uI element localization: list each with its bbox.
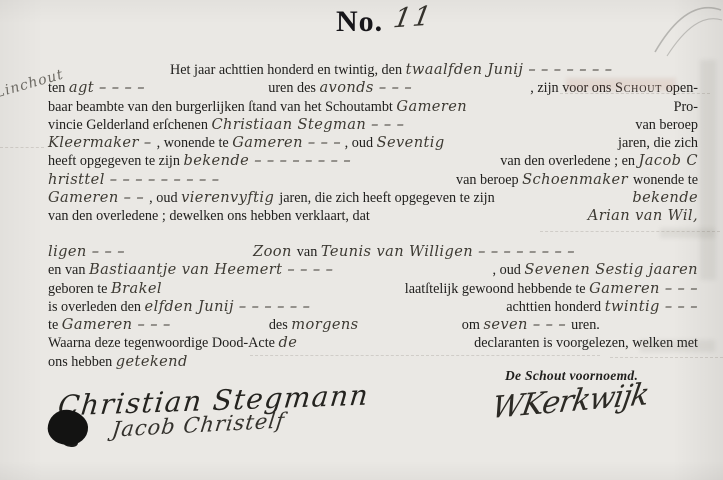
printed-text: laatſtelijk gewoond hebbende te — [405, 281, 589, 298]
handwritten-entry: de — [278, 334, 297, 351]
printed-text: Waarna deze tegenwoordige Dood-Acte — [48, 335, 278, 352]
handwritten-entry: ligen – – – — [48, 243, 130, 260]
printed-text: , oud — [149, 190, 181, 207]
handwritten-entry: Teunis van Willigen – – – – – – – – — [321, 243, 575, 260]
handwritten-entry: Bastiaantje van Heemert – – – – — [89, 261, 338, 278]
printed-text: , wonende te — [157, 135, 233, 152]
handwritten-entry: seven – – – — [483, 316, 571, 333]
handwritten-entry: morgens — [291, 316, 363, 333]
form-line: Waarna deze tegenwoordige Dood-Acte dede… — [48, 334, 698, 352]
printed-text: baar beambte van den burgerlijken ſtand … — [48, 99, 396, 116]
handwritten-entry: Schoenmaker — [522, 171, 633, 188]
printed-text: uren. — [571, 317, 600, 334]
form-line: vincie Gelderland erſchenen Christiaan S… — [48, 116, 698, 134]
handwritten-entry: Gameren — [396, 98, 467, 115]
handwritten-entry: Brakel — [111, 280, 167, 297]
printed-text: ten — [48, 80, 69, 97]
printed-text: Het jaar achttien honderd en twintig, de… — [170, 62, 406, 79]
form-line: ligen – – – Zoon van Teunis van Willigen… — [48, 243, 698, 261]
document-body: Het jaar achttien honderd en twintig, de… — [48, 61, 698, 371]
schout-signature: WKerkwijk — [489, 377, 651, 426]
printed-text: , oud — [341, 135, 376, 152]
form-line: Gameren – – , oud vierenvyftig jaren, di… — [48, 189, 698, 207]
handwritten-entry: Gameren – – – — [589, 280, 698, 297]
handwritten-entry: bekende – – – – – – – – — [184, 152, 352, 169]
handwritten-entry: twintig – – – — [605, 298, 698, 315]
form-line: hristtel – – – – – – – – –van beroep Sch… — [48, 171, 698, 189]
document-number-handwritten: 11 — [391, 1, 435, 35]
form-line: Kleermaker – , wonende te Gameren – – – … — [48, 134, 698, 152]
printed-text: wonende te — [633, 172, 698, 189]
handwritten-entry: Gameren – – – — [232, 134, 341, 151]
handwritten-entry: agt – – – – — [69, 79, 150, 96]
handwritten-entry: bekende — [632, 189, 698, 206]
handwritten-entry: Kleermaker – — [48, 134, 157, 151]
printed-text: Schout — [615, 80, 662, 97]
printed-text: , oud — [493, 262, 525, 279]
form-line: Het jaar achttien honderd en twintig, de… — [48, 61, 698, 79]
printed-text: Pro- — [674, 99, 698, 116]
handwritten-entry: Christiaan Stegman – – – — [211, 116, 404, 133]
printed-text: jaren, die zich — [618, 135, 698, 152]
handwritten-entry: hristtel – – – – – – – – – — [48, 171, 219, 188]
ghost-line — [0, 147, 44, 148]
printed-text: van beroep — [456, 172, 522, 189]
printed-text: van den overledene ; en — [500, 153, 638, 170]
printed-text: heeft opgegeven te zijn — [48, 153, 184, 170]
form-line — [48, 226, 698, 243]
printed-text: , zijn voor ons — [530, 80, 615, 97]
death-certificate-scan: No. 11 Linchout Het jaar achttien honder… — [0, 0, 723, 480]
printed-text: om — [462, 317, 484, 334]
printed-text: uren des — [268, 80, 319, 97]
printed-text: declaranten is voorgelezen, welken met — [474, 335, 698, 352]
printed-text: geboren te — [48, 281, 111, 298]
printed-text: te — [48, 317, 62, 334]
form-line: baar beambte van den burgerlijken ſtand … — [48, 98, 698, 116]
bleed-smudge — [700, 60, 716, 280]
handwritten-entry: Zoon — [253, 243, 297, 260]
handwritten-entry: Sevenen Sestig jaaren — [524, 261, 698, 278]
printed-text: ons hebben — [48, 354, 116, 371]
handwritten-entry: Gameren – – — [48, 189, 149, 206]
printed-text: des — [269, 317, 291, 334]
printed-text: van beroep — [635, 117, 698, 134]
printed-text: is overleden den — [48, 299, 145, 316]
printed-text: en van — [48, 262, 89, 279]
corner-flourish-icon — [651, 0, 723, 58]
form-line: en van Bastiaantje van Heemert – – – – ,… — [48, 261, 698, 279]
printed-text: jaren, die zich heeft opgegeven te zijn — [279, 190, 498, 207]
form-line: te Gameren – – –des morgens om seven – –… — [48, 316, 698, 334]
handwritten-entry: Arian van Wil, — [588, 207, 698, 224]
handwritten-entry: Gameren – – – — [62, 316, 171, 333]
printed-text: van den overledene ; dewelken ons hebben… — [48, 208, 373, 225]
form-line: ten agt – – – – uren des avonds – – –, z… — [48, 79, 698, 97]
printed-text: vincie Gelderland erſchenen — [48, 117, 211, 134]
printed-text: open- — [662, 80, 698, 97]
document-number-label: No. — [336, 5, 383, 39]
handwritten-entry: Seventig — [377, 134, 450, 151]
printed-text: van — [297, 244, 321, 261]
handwritten-entry: avonds – – – — [319, 79, 412, 96]
handwritten-entry: vierenvyftig — [181, 189, 279, 206]
form-line: van den overledene ; dewelken ons hebben… — [48, 207, 698, 225]
form-line: heeft opgegeven te zijn bekende – – – – … — [48, 152, 698, 170]
handwritten-entry: getekend — [116, 353, 188, 370]
handwritten-entry: Jacob C — [639, 152, 698, 169]
form-line: is overleden den elfden Junij – – – – – … — [48, 298, 698, 316]
printed-text: achttien honderd — [506, 299, 605, 316]
form-line: geboren te Brakel laatſtelijk gewoond he… — [48, 280, 698, 298]
handwritten-entry: elfden Junij – – – – – – — [145, 298, 311, 315]
handwritten-entry: twaalfden Junij – – – – – – – — [406, 61, 613, 78]
